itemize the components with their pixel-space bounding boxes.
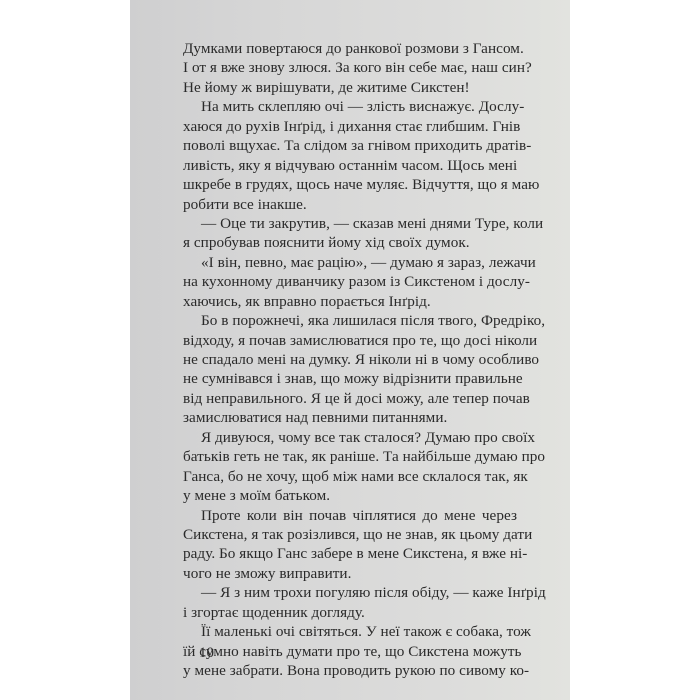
text-line: Проте коли він почав чіплятися до мене ч… bbox=[183, 506, 517, 525]
text-line: не сумнівався і знав, що можу відрізнити… bbox=[183, 369, 517, 388]
text-line: Не йому ж вирішувати, де житиме Сикстен! bbox=[183, 78, 517, 97]
text-line: Бо в порожнечі, яка лишилася після твого… bbox=[183, 311, 517, 330]
text-line: я спробував пояснити йому хід своїх думо… bbox=[183, 233, 517, 252]
text-line: робити все інакше. bbox=[183, 195, 517, 214]
text-line: ливість, яку я відчуваю останнім часом. … bbox=[183, 156, 517, 175]
text-line: І от я вже знову злюся. За кого він себе… bbox=[183, 58, 517, 77]
paragraph: Я дивуюся, чому все так сталося? Думаю п… bbox=[183, 428, 517, 506]
book-page: Думками повертаюся до ранкової розмови з… bbox=[130, 0, 570, 700]
paragraph: «І він, певно, має рацію», — думаю я зар… bbox=[183, 253, 517, 311]
text-line: поволі вщухає. Та слідом за гнівом прихо… bbox=[183, 136, 517, 155]
text-line: відходу, я почав замислюватися про те, щ… bbox=[183, 331, 517, 350]
paragraph: Бо в порожнечі, яка лишилася після твого… bbox=[183, 311, 517, 428]
paragraph: — Оце ти закрутив, — сказав мені днями Т… bbox=[183, 214, 517, 253]
text-line: чого не зможу виправити. bbox=[183, 564, 517, 583]
text-line: і згортає щоденник догляду. bbox=[183, 603, 517, 622]
text-line: хаюся до рухів Інґрід, і дихання стає гл… bbox=[183, 117, 517, 136]
text-line: На мить склепляю очі — злість виснажує. … bbox=[183, 97, 517, 116]
text-line: Думками повертаюся до ранкової розмови з… bbox=[183, 39, 517, 58]
text-line: їй сумно навіть думати про те, що Сиксте… bbox=[183, 642, 517, 661]
text-line: Ганса, бо не хочу, щоб між нами все скла… bbox=[183, 467, 517, 486]
text-line: не спадало мені на думку. Я ніколи ні в … bbox=[183, 350, 517, 369]
text-line: хаючись, як вправно порається Інґрід. bbox=[183, 292, 517, 311]
text-line: на кухонному диванчику разом із Сикстено… bbox=[183, 272, 517, 291]
text-line: замислюватися над певними питаннями. bbox=[183, 408, 517, 427]
text-line: «І він, певно, має рацію», — думаю я зар… bbox=[183, 253, 517, 272]
text-line: шкребе в грудях, щось наче муляє. Відчут… bbox=[183, 175, 517, 194]
text-line: — Оце ти закрутив, — сказав мені днями Т… bbox=[183, 214, 517, 233]
paragraph: Думками повертаюся до ранкової розмови з… bbox=[183, 39, 517, 97]
paragraph: На мить склепляю очі — злість виснажує. … bbox=[183, 97, 517, 214]
text-line: Її маленькі очі світяться. У неї також є… bbox=[183, 622, 517, 641]
text-line: у мене забрати. Вона проводить рукою по … bbox=[183, 661, 517, 680]
paragraph: Її маленькі очі світяться. У неї також є… bbox=[183, 622, 517, 680]
text-line: Я дивуюся, чому все так сталося? Думаю п… bbox=[183, 428, 517, 447]
page-number: 10 bbox=[199, 645, 214, 662]
paragraph: Проте коли він почав чіплятися до мене ч… bbox=[183, 506, 517, 584]
paragraph: — Я з ним трохи погуляю після обіду, — к… bbox=[183, 583, 517, 622]
text-line: — Я з ним трохи погуляю після обіду, — к… bbox=[183, 583, 517, 602]
text-line: батьків геть не так, як раніше. Та найбі… bbox=[183, 447, 517, 466]
text-line: раду. Бо якщо Ганс забере в мене Сикстен… bbox=[183, 544, 517, 563]
text-line: у мене з моїм батьком. bbox=[183, 486, 517, 505]
text-line: від неправильного. Я це й досі можу, але… bbox=[183, 389, 517, 408]
text-line: Сикстена, я так розізлився, що не знав, … bbox=[183, 525, 517, 544]
body-text: Думками повертаюся до ранкової розмови з… bbox=[183, 39, 517, 680]
